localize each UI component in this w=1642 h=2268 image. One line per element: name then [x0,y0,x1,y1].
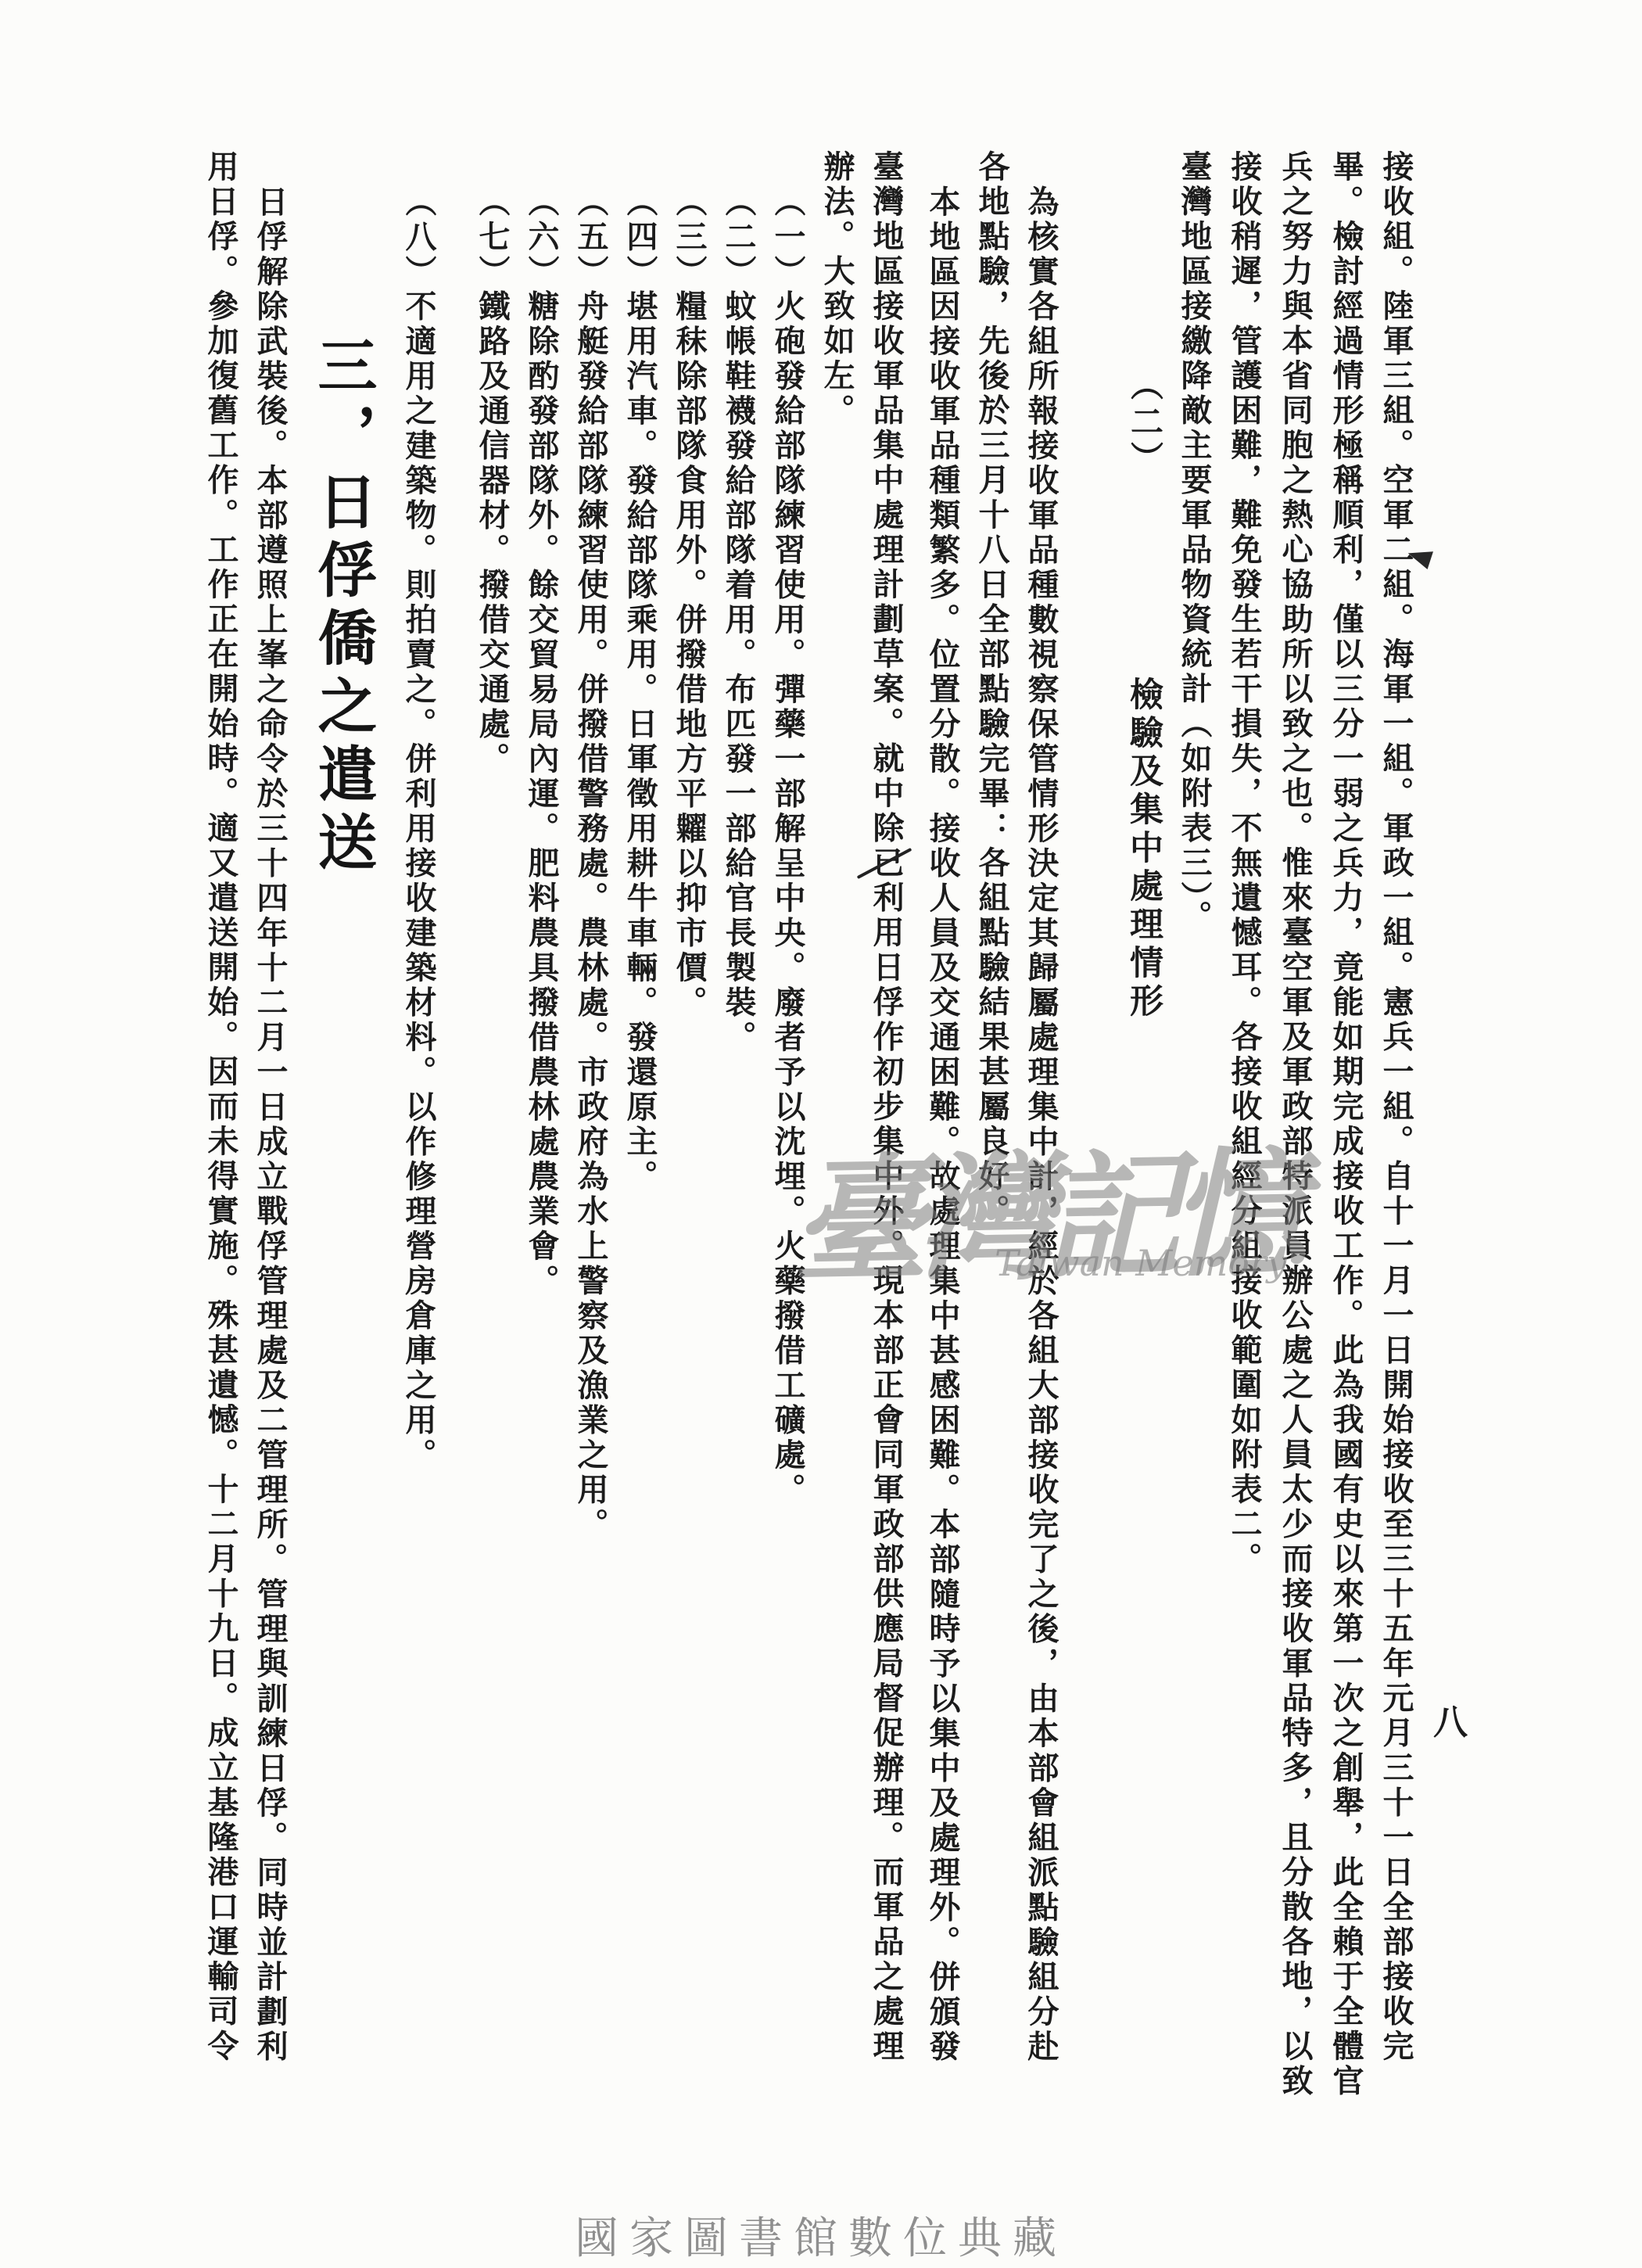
text-column: 各地點驗，先後於三月十八日全部點驗完畢：各組點驗結果甚屬良好。 [973,150,1009,1229]
scanned-document-page: 接收組。陸軍三組。空軍二組。海軍一組。軍政一組。憲兵一組。自十一月一日開始接收至… [0,0,1642,2268]
text-column: 臺灣地區接繳降敵主要軍品物資統計（如附表三）。 [1176,150,1212,935]
list-item-column: （四）堪用汽車。發給部隊乘用。日軍徵用耕牛車輛。發還原主。 [622,185,658,1195]
list-item-column: （六）糖除酌發部隊外。餘交貿易局內運。肥料農具撥借農林處農業會。 [523,185,559,1299]
text-column: 用日俘。參加復舊工作。工作正在開始時。適又遣送開始。因而未得實施。殊甚遺憾。十二… [203,150,238,2065]
list-item-column: （八）不適用之建築物。則拍賣之。併利用接收建築材料。以作修理營房倉庫之用。 [400,185,436,1473]
section2-title: 檢驗及集中處理情形 [1124,676,1163,1021]
footer-caption: 國家圖書館數位典藏 [0,2204,1642,2266]
list-item-column: （三）糧秣除部隊食用外。併撥借地方平糶以抑市價。 [671,185,707,1021]
section2-number: （二） [1126,368,1163,478]
text-column: 接收稍遲，管護困難，難免發生若干損失，不無遺憾耳。各接收組經分組接收範圍如附表二… [1226,150,1262,1577]
list-item-column: （五）舟艇發給部隊練習使用。併撥借警務處。農林處。市政府為水上警察及漁業之用。 [572,185,608,1543]
page-number: 八 [1433,1694,1468,1744]
list-item-column: （七）鐵路及通信器材。撥借交通處。 [474,185,510,777]
list-item-column: （二）蚊帳鞋襪發給部隊着用。布匹發一部給官長製裝。 [720,185,756,1056]
text-column: 辦法。大致如左。 [819,150,855,429]
text-column: 畢。檢討經過情形極稱順利，僅以三分一弱之兵力，竟能如期完成接收工作。此為我國有史… [1328,150,1364,2099]
text-column: 接收組。陸軍三組。空軍二組。海軍一組。軍政一組。憲兵一組。自十一月一日開始接收至… [1378,150,1414,2065]
text-column: 日俘解除武裝後。本部遵照上峯之命令於三十四年十二月一日成立戰俘管理處及二管理所。… [252,185,288,2065]
watermark-taiwan-memory-latin: Taiwan Memory [995,1242,1287,1284]
text-column: 臺灣地區接收軍品集中處理計劃草案。就中除已利用日俘作初步集中外。現本部正會同軍政… [868,150,904,2065]
section3-heading: 三，日俘僑之遣送 [307,335,378,879]
